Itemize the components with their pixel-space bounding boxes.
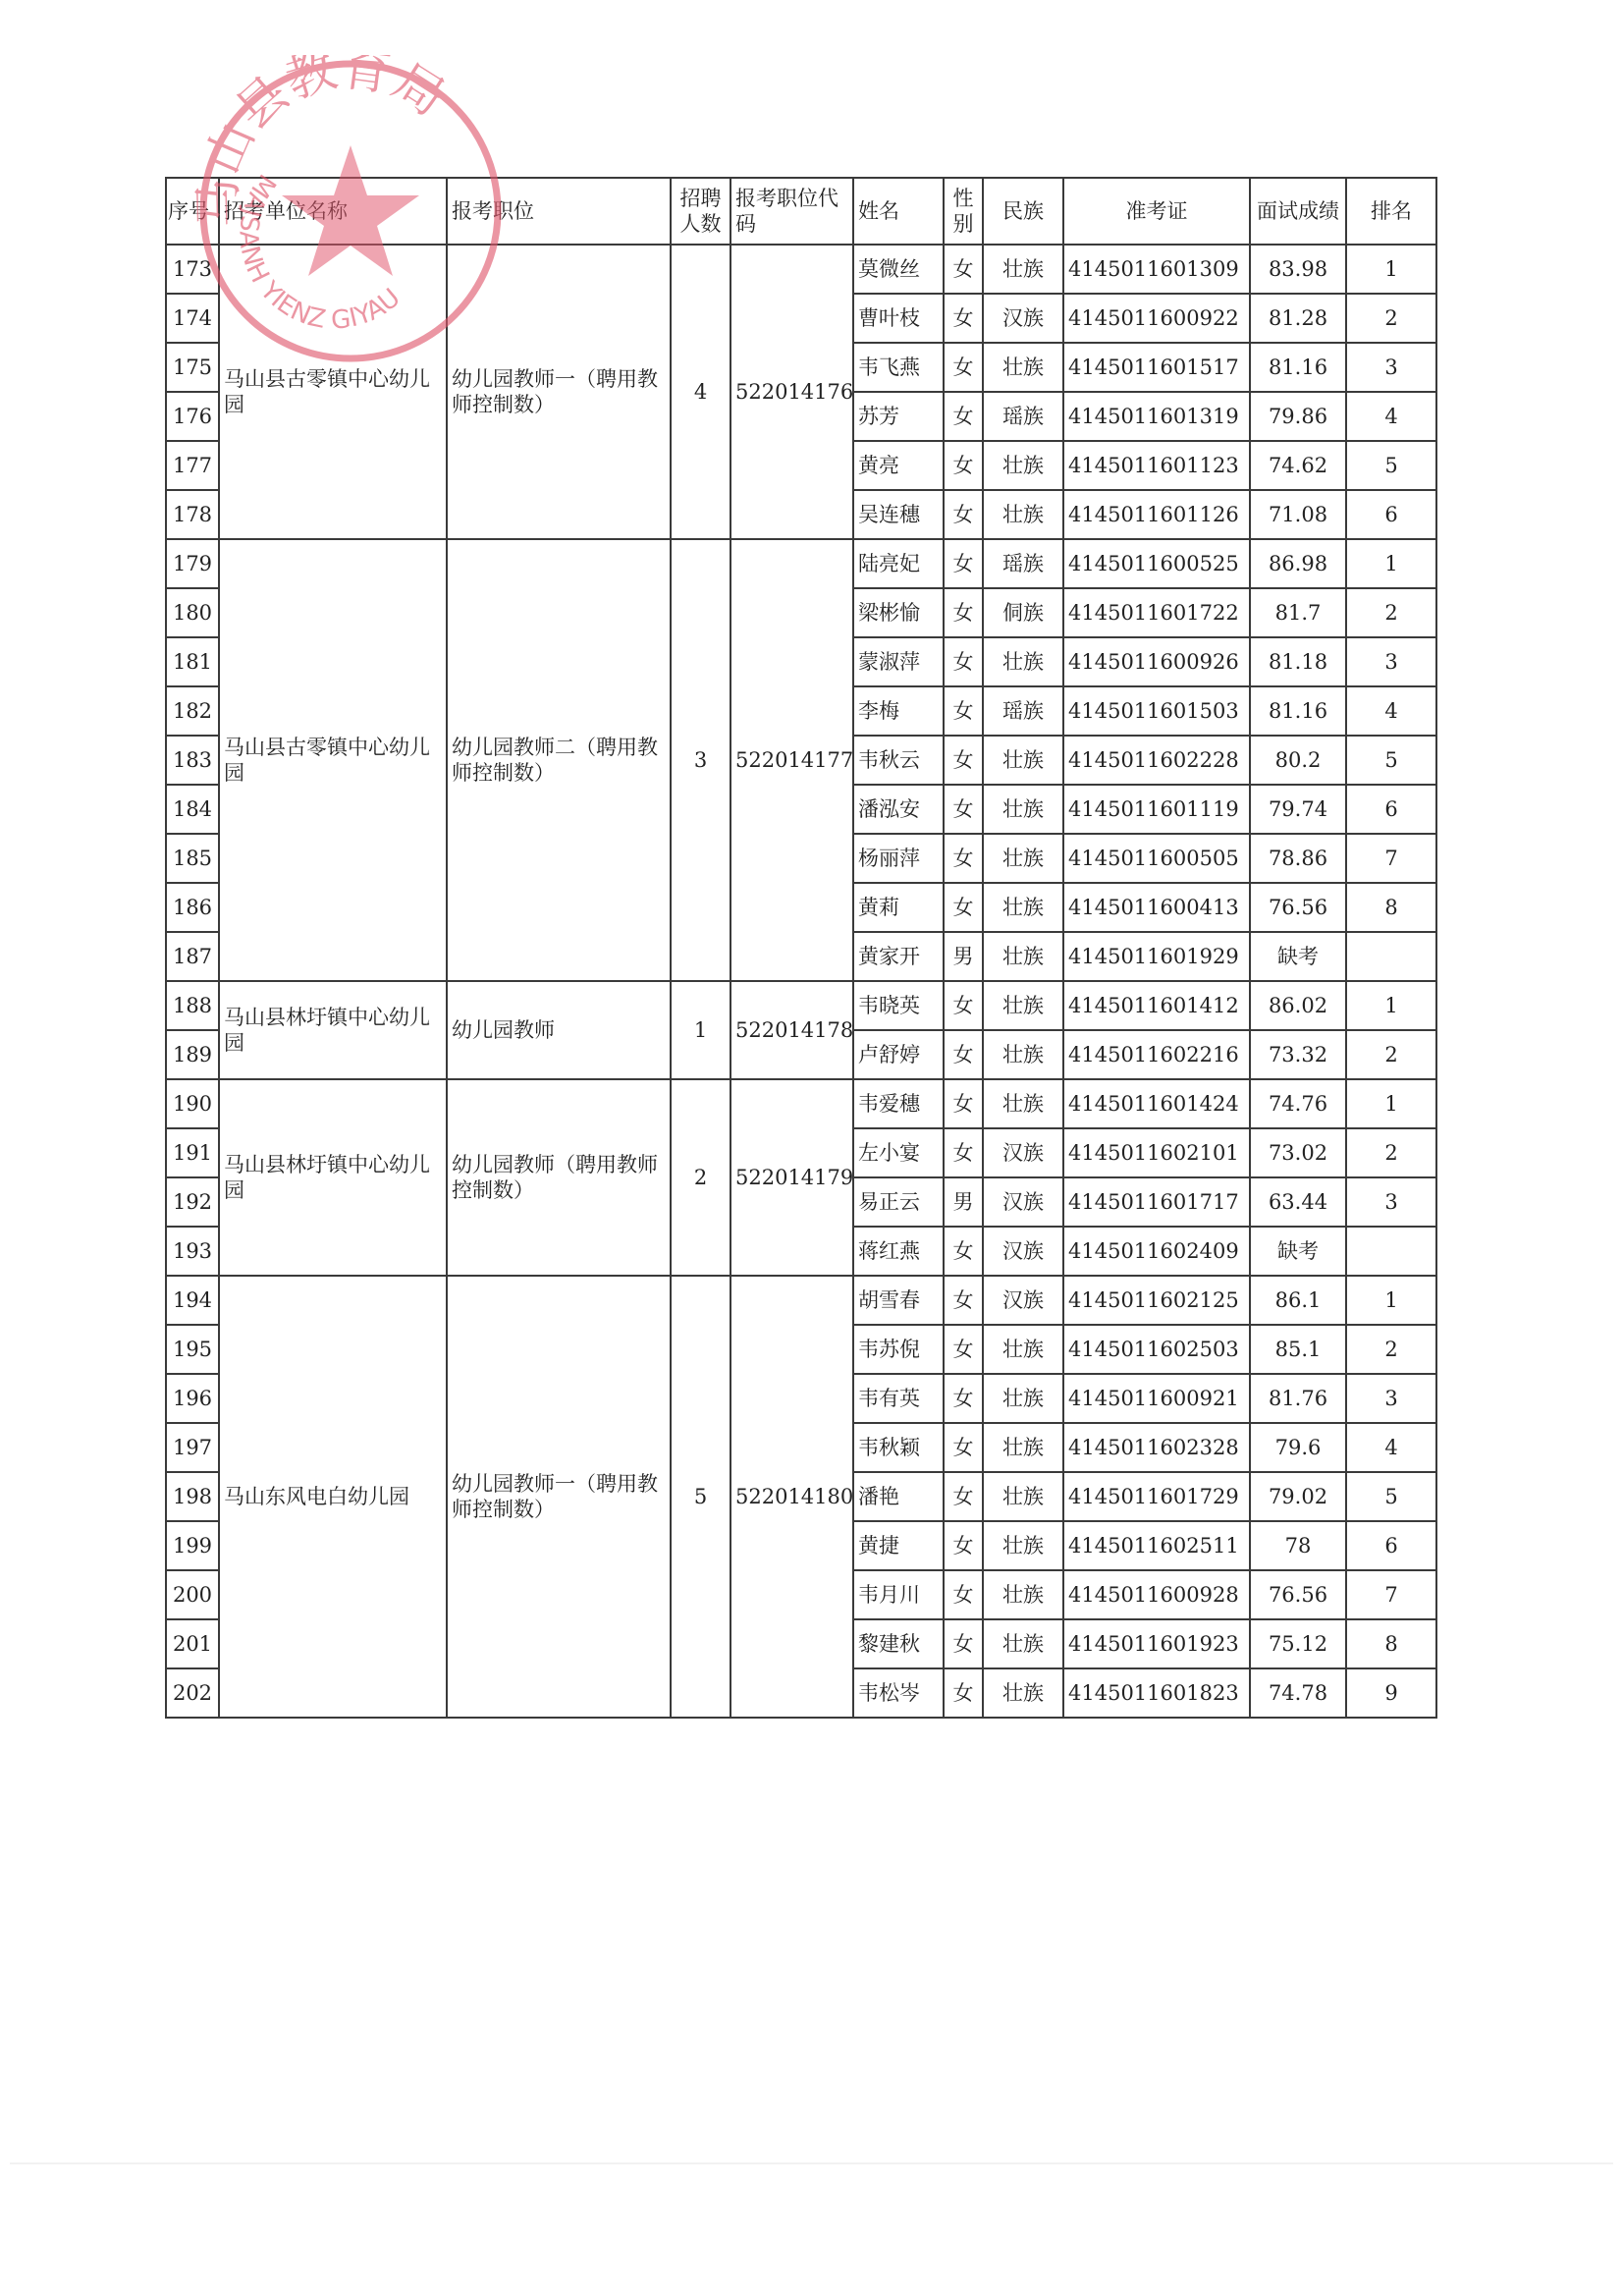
cell-interview-score: 78 [1250, 1521, 1346, 1570]
cell-ticket-number: 4145011601517 [1063, 343, 1250, 392]
cell-seq: 180 [166, 588, 219, 637]
cell-gender: 女 [944, 1472, 983, 1521]
cell-gender: 女 [944, 1030, 983, 1079]
cell-rank: 3 [1346, 343, 1436, 392]
cell-ticket-number: 4145011602503 [1063, 1325, 1250, 1374]
cell-gender: 男 [944, 932, 983, 981]
cell-rank: 2 [1346, 1128, 1436, 1177]
cell-seq: 193 [166, 1227, 219, 1276]
header-row: 序号 招考单位名称 报考职位 招聘人数 报考职位代码 姓名 性别 民族 准考证 … [166, 178, 1436, 245]
table-row: 188马山县林圩镇中心幼儿园幼儿园教师1522014178韦晓英女壮族41450… [166, 981, 1436, 1030]
cell-gender: 女 [944, 1079, 983, 1128]
cell-hire-count: 2 [671, 1079, 730, 1276]
cell-interview-score: 76.56 [1250, 1570, 1346, 1619]
cell-ticket-number: 4145011600926 [1063, 637, 1250, 686]
cell-ticket-number: 4145011600505 [1063, 834, 1250, 883]
cell-ticket-number: 4145011601119 [1063, 785, 1250, 834]
header-ticket: 准考证 [1063, 178, 1250, 245]
cell-ticket-number: 4145011600922 [1063, 294, 1250, 343]
cell-gender: 女 [944, 588, 983, 637]
cell-ethnic: 侗族 [983, 588, 1063, 637]
cell-ethnic: 壮族 [983, 883, 1063, 932]
cell-post-code: 522014176 [730, 245, 853, 539]
cell-ethnic: 壮族 [983, 932, 1063, 981]
cell-ticket-number: 4145011601319 [1063, 392, 1250, 441]
cell-unit-name: 马山县林圩镇中心幼儿园 [219, 1079, 447, 1276]
header-code: 报考职位代码 [730, 178, 853, 245]
cell-name: 莫微丝 [853, 245, 944, 294]
cell-ethnic: 壮族 [983, 441, 1063, 490]
cell-gender: 男 [944, 1177, 983, 1227]
cell-ethnic: 壮族 [983, 1570, 1063, 1619]
cell-post-code: 522014179 [730, 1079, 853, 1276]
cell-unit-name: 马山东风电白幼儿园 [219, 1276, 447, 1718]
cell-seq: 184 [166, 785, 219, 834]
cell-seq: 192 [166, 1177, 219, 1227]
cell-ethnic: 壮族 [983, 736, 1063, 785]
cell-name: 韦月川 [853, 1570, 944, 1619]
cell-seq: 179 [166, 539, 219, 588]
cell-ethnic: 壮族 [983, 1423, 1063, 1472]
cell-rank: 1 [1346, 981, 1436, 1030]
cell-gender: 女 [944, 785, 983, 834]
cell-unit-name: 马山县林圩镇中心幼儿园 [219, 981, 447, 1079]
cell-ticket-number: 4145011601309 [1063, 245, 1250, 294]
cell-ethnic: 壮族 [983, 343, 1063, 392]
cell-name: 韦有英 [853, 1374, 944, 1423]
cell-name: 蒋红燕 [853, 1227, 944, 1276]
cell-rank: 6 [1346, 785, 1436, 834]
cell-name: 杨丽萍 [853, 834, 944, 883]
cell-name: 李梅 [853, 686, 944, 736]
cell-rank: 7 [1346, 834, 1436, 883]
cell-rank: 4 [1346, 392, 1436, 441]
cell-name: 陆亮妃 [853, 539, 944, 588]
cell-ethnic: 汉族 [983, 1227, 1063, 1276]
cell-ticket-number: 4145011602511 [1063, 1521, 1250, 1570]
cell-gender: 女 [944, 1128, 983, 1177]
cell-name: 苏芳 [853, 392, 944, 441]
cell-rank: 2 [1346, 1325, 1436, 1374]
cell-hire-count: 3 [671, 539, 730, 981]
cell-name: 黄亮 [853, 441, 944, 490]
cell-interview-score: 63.44 [1250, 1177, 1346, 1227]
cell-name: 黎建秋 [853, 1619, 944, 1668]
cell-ethnic: 壮族 [983, 1325, 1063, 1374]
table-header: 序号 招考单位名称 报考职位 招聘人数 报考职位代码 姓名 性别 民族 准考证 … [166, 178, 1436, 245]
cell-seq: 202 [166, 1668, 219, 1718]
header-score: 面试成绩 [1250, 178, 1346, 245]
cell-ticket-number: 4145011601126 [1063, 490, 1250, 539]
cell-name: 胡雪春 [853, 1276, 944, 1325]
cell-seq: 200 [166, 1570, 219, 1619]
cell-hire-count: 4 [671, 245, 730, 539]
cell-ethnic: 瑶族 [983, 686, 1063, 736]
cell-rank: 5 [1346, 1472, 1436, 1521]
cell-interview-score: 76.56 [1250, 883, 1346, 932]
cell-ethnic: 壮族 [983, 637, 1063, 686]
cell-ethnic: 壮族 [983, 1668, 1063, 1718]
cell-rank: 3 [1346, 1177, 1436, 1227]
cell-seq: 199 [166, 1521, 219, 1570]
cell-gender: 女 [944, 1227, 983, 1276]
cell-seq: 191 [166, 1128, 219, 1177]
cell-rank: 1 [1346, 1276, 1436, 1325]
cell-post: 幼儿园教师一（聘用教师控制数） [447, 245, 671, 539]
cell-rank: 9 [1346, 1668, 1436, 1718]
cell-interview-score: 83.98 [1250, 245, 1346, 294]
cell-interview-score: 71.08 [1250, 490, 1346, 539]
cell-seq: 183 [166, 736, 219, 785]
cell-interview-score: 81.16 [1250, 686, 1346, 736]
cell-gender: 女 [944, 834, 983, 883]
cell-gender: 女 [944, 1521, 983, 1570]
cell-interview-score: 86.02 [1250, 981, 1346, 1030]
cell-ticket-number: 4145011601717 [1063, 1177, 1250, 1227]
cell-seq: 197 [166, 1423, 219, 1472]
cell-gender: 女 [944, 1570, 983, 1619]
cell-interview-score: 缺考 [1250, 932, 1346, 981]
cell-ticket-number: 4145011602216 [1063, 1030, 1250, 1079]
header-ethnic: 民族 [983, 178, 1063, 245]
cell-rank: 6 [1346, 490, 1436, 539]
cell-interview-score: 73.32 [1250, 1030, 1346, 1079]
document-page: 序号 招考单位名称 报考职位 招聘人数 报考职位代码 姓名 性别 民族 准考证 … [0, 0, 1623, 2296]
header-count: 招聘人数 [671, 178, 730, 245]
cell-hire-count: 1 [671, 981, 730, 1079]
cell-post: 幼儿园教师一（聘用教师控制数） [447, 1276, 671, 1718]
table-row: 173马山县古零镇中心幼儿园幼儿园教师一（聘用教师控制数）4522014176莫… [166, 245, 1436, 294]
cell-ethnic: 瑶族 [983, 392, 1063, 441]
cell-name: 韦爱穗 [853, 1079, 944, 1128]
cell-ticket-number: 4145011601923 [1063, 1619, 1250, 1668]
cell-ticket-number: 4145011602125 [1063, 1276, 1250, 1325]
header-seq: 序号 [166, 178, 219, 245]
cell-name: 左小宴 [853, 1128, 944, 1177]
cell-name: 潘艳 [853, 1472, 944, 1521]
cell-post-code: 522014177 [730, 539, 853, 981]
table-row: 179马山县古零镇中心幼儿园幼儿园教师二（聘用教师控制数）3522014177陆… [166, 539, 1436, 588]
cell-ethnic: 壮族 [983, 1472, 1063, 1521]
header-rank: 排名 [1346, 178, 1436, 245]
cell-rank: 3 [1346, 637, 1436, 686]
cell-ethnic: 汉族 [983, 1128, 1063, 1177]
cell-seq: 175 [166, 343, 219, 392]
cell-seq: 190 [166, 1079, 219, 1128]
cell-interview-score: 79.86 [1250, 392, 1346, 441]
cell-ticket-number: 4145011602328 [1063, 1423, 1250, 1472]
cell-ticket-number: 4145011601722 [1063, 588, 1250, 637]
cell-rank: 2 [1346, 588, 1436, 637]
cell-seq: 188 [166, 981, 219, 1030]
cell-post-code: 522014180 [730, 1276, 853, 1718]
cell-ethnic: 壮族 [983, 245, 1063, 294]
cell-gender: 女 [944, 1668, 983, 1718]
header-unit: 招考单位名称 [219, 178, 447, 245]
cell-name: 韦秋云 [853, 736, 944, 785]
cell-rank: 8 [1346, 883, 1436, 932]
cell-gender: 女 [944, 392, 983, 441]
cell-rank [1346, 1227, 1436, 1276]
cell-name: 韦晓英 [853, 981, 944, 1030]
cell-ticket-number: 4145011601424 [1063, 1079, 1250, 1128]
cell-interview-score: 79.6 [1250, 1423, 1346, 1472]
cell-interview-score: 86.98 [1250, 539, 1346, 588]
cell-rank: 4 [1346, 686, 1436, 736]
cell-seq: 182 [166, 686, 219, 736]
cell-name: 韦秋颖 [853, 1423, 944, 1472]
cell-seq: 201 [166, 1619, 219, 1668]
cell-gender: 女 [944, 637, 983, 686]
cell-ticket-number: 4145011602409 [1063, 1227, 1250, 1276]
cell-name: 黄捷 [853, 1521, 944, 1570]
cell-ethnic: 瑶族 [983, 539, 1063, 588]
cell-interview-score: 78.86 [1250, 834, 1346, 883]
cell-post: 幼儿园教师 [447, 981, 671, 1079]
cell-name: 黄莉 [853, 883, 944, 932]
cell-ticket-number: 4145011601823 [1063, 1668, 1250, 1718]
cell-name: 韦松岑 [853, 1668, 944, 1718]
cell-name: 潘泓安 [853, 785, 944, 834]
cell-ethnic: 壮族 [983, 785, 1063, 834]
cell-rank: 2 [1346, 1030, 1436, 1079]
cell-post: 幼儿园教师（聘用教师控制数） [447, 1079, 671, 1276]
cell-name: 韦飞燕 [853, 343, 944, 392]
cell-seq: 198 [166, 1472, 219, 1521]
cell-unit-name: 马山县古零镇中心幼儿园 [219, 539, 447, 981]
cell-interview-score: 74.78 [1250, 1668, 1346, 1718]
cell-ethnic: 壮族 [983, 1030, 1063, 1079]
cell-name: 蒙淑萍 [853, 637, 944, 686]
cell-interview-score: 81.16 [1250, 343, 1346, 392]
cell-interview-score: 81.76 [1250, 1374, 1346, 1423]
table-row: 194马山东风电白幼儿园幼儿园教师一（聘用教师控制数）5522014180胡雪春… [166, 1276, 1436, 1325]
cell-interview-score: 81.28 [1250, 294, 1346, 343]
cell-gender: 女 [944, 883, 983, 932]
cell-rank: 1 [1346, 245, 1436, 294]
header-name: 姓名 [853, 178, 944, 245]
cell-name: 吴连穗 [853, 490, 944, 539]
cell-interview-score: 79.02 [1250, 1472, 1346, 1521]
table-body: 173马山县古零镇中心幼儿园幼儿园教师一（聘用教师控制数）4522014176莫… [166, 245, 1436, 1718]
cell-name: 黄家开 [853, 932, 944, 981]
cell-rank: 1 [1346, 1079, 1436, 1128]
cell-gender: 女 [944, 245, 983, 294]
cell-ethnic: 汉族 [983, 294, 1063, 343]
cell-seq: 189 [166, 1030, 219, 1079]
cell-seq: 181 [166, 637, 219, 686]
cell-seq: 178 [166, 490, 219, 539]
cell-name: 曹叶枝 [853, 294, 944, 343]
cell-seq: 194 [166, 1276, 219, 1325]
page-bottom-rule [10, 2162, 1613, 2164]
interview-results-table: 序号 招考单位名称 报考职位 招聘人数 报考职位代码 姓名 性别 民族 准考证 … [165, 177, 1437, 1719]
cell-rank: 1 [1346, 539, 1436, 588]
cell-gender: 女 [944, 539, 983, 588]
cell-ethnic: 壮族 [983, 981, 1063, 1030]
cell-unit-name: 马山县古零镇中心幼儿园 [219, 245, 447, 539]
cell-interview-score: 81.18 [1250, 637, 1346, 686]
cell-rank: 3 [1346, 1374, 1436, 1423]
cell-seq: 187 [166, 932, 219, 981]
cell-gender: 女 [944, 1423, 983, 1472]
cell-seq: 186 [166, 883, 219, 932]
cell-ticket-number: 4145011601412 [1063, 981, 1250, 1030]
cell-name: 梁彬愉 [853, 588, 944, 637]
cell-interview-score: 74.76 [1250, 1079, 1346, 1128]
cell-ethnic: 壮族 [983, 1619, 1063, 1668]
cell-seq: 196 [166, 1374, 219, 1423]
cell-gender: 女 [944, 686, 983, 736]
cell-seq: 174 [166, 294, 219, 343]
cell-hire-count: 5 [671, 1276, 730, 1718]
cell-interview-score: 85.1 [1250, 1325, 1346, 1374]
cell-interview-score: 75.12 [1250, 1619, 1346, 1668]
cell-ethnic: 壮族 [983, 1079, 1063, 1128]
cell-interview-score: 86.1 [1250, 1276, 1346, 1325]
cell-ticket-number: 4145011600921 [1063, 1374, 1250, 1423]
cell-ethnic: 壮族 [983, 1521, 1063, 1570]
cell-interview-score: 缺考 [1250, 1227, 1346, 1276]
cell-seq: 185 [166, 834, 219, 883]
cell-post-code: 522014178 [730, 981, 853, 1079]
cell-seq: 176 [166, 392, 219, 441]
table-row: 190马山县林圩镇中心幼儿园幼儿园教师（聘用教师控制数）2522014179韦爱… [166, 1079, 1436, 1128]
cell-rank: 5 [1346, 441, 1436, 490]
cell-rank: 5 [1346, 736, 1436, 785]
cell-gender: 女 [944, 1276, 983, 1325]
cell-ticket-number: 4145011600928 [1063, 1570, 1250, 1619]
cell-interview-score: 81.7 [1250, 588, 1346, 637]
cell-gender: 女 [944, 1619, 983, 1668]
cell-interview-score: 74.62 [1250, 441, 1346, 490]
cell-ticket-number: 4145011601503 [1063, 686, 1250, 736]
cell-ticket-number: 4145011602228 [1063, 736, 1250, 785]
cell-seq: 177 [166, 441, 219, 490]
cell-ticket-number: 4145011602101 [1063, 1128, 1250, 1177]
cell-rank: 7 [1346, 1570, 1436, 1619]
cell-ethnic: 壮族 [983, 1374, 1063, 1423]
header-post: 报考职位 [447, 178, 671, 245]
cell-ethnic: 汉族 [983, 1177, 1063, 1227]
cell-ethnic: 壮族 [983, 834, 1063, 883]
cell-ticket-number: 4145011601929 [1063, 932, 1250, 981]
cell-gender: 女 [944, 441, 983, 490]
cell-gender: 女 [944, 1325, 983, 1374]
cell-ethnic: 壮族 [983, 490, 1063, 539]
cell-gender: 女 [944, 736, 983, 785]
cell-rank: 2 [1346, 294, 1436, 343]
cell-interview-score: 73.02 [1250, 1128, 1346, 1177]
cell-post: 幼儿园教师二（聘用教师控制数） [447, 539, 671, 981]
cell-rank [1346, 932, 1436, 981]
cell-rank: 6 [1346, 1521, 1436, 1570]
cell-rank: 4 [1346, 1423, 1436, 1472]
cell-gender: 女 [944, 343, 983, 392]
cell-name: 卢舒婷 [853, 1030, 944, 1079]
cell-ethnic: 汉族 [983, 1276, 1063, 1325]
cell-rank: 8 [1346, 1619, 1436, 1668]
cell-interview-score: 79.74 [1250, 785, 1346, 834]
cell-gender: 女 [944, 981, 983, 1030]
cell-name: 韦苏倪 [853, 1325, 944, 1374]
cell-gender: 女 [944, 1374, 983, 1423]
cell-seq: 173 [166, 245, 219, 294]
cell-gender: 女 [944, 294, 983, 343]
cell-seq: 195 [166, 1325, 219, 1374]
cell-ticket-number: 4145011601123 [1063, 441, 1250, 490]
cell-name: 易正云 [853, 1177, 944, 1227]
cell-interview-score: 80.2 [1250, 736, 1346, 785]
cell-ticket-number: 4145011601729 [1063, 1472, 1250, 1521]
cell-gender: 女 [944, 490, 983, 539]
header-gender: 性别 [944, 178, 983, 245]
cell-ticket-number: 4145011600413 [1063, 883, 1250, 932]
cell-ticket-number: 4145011600525 [1063, 539, 1250, 588]
